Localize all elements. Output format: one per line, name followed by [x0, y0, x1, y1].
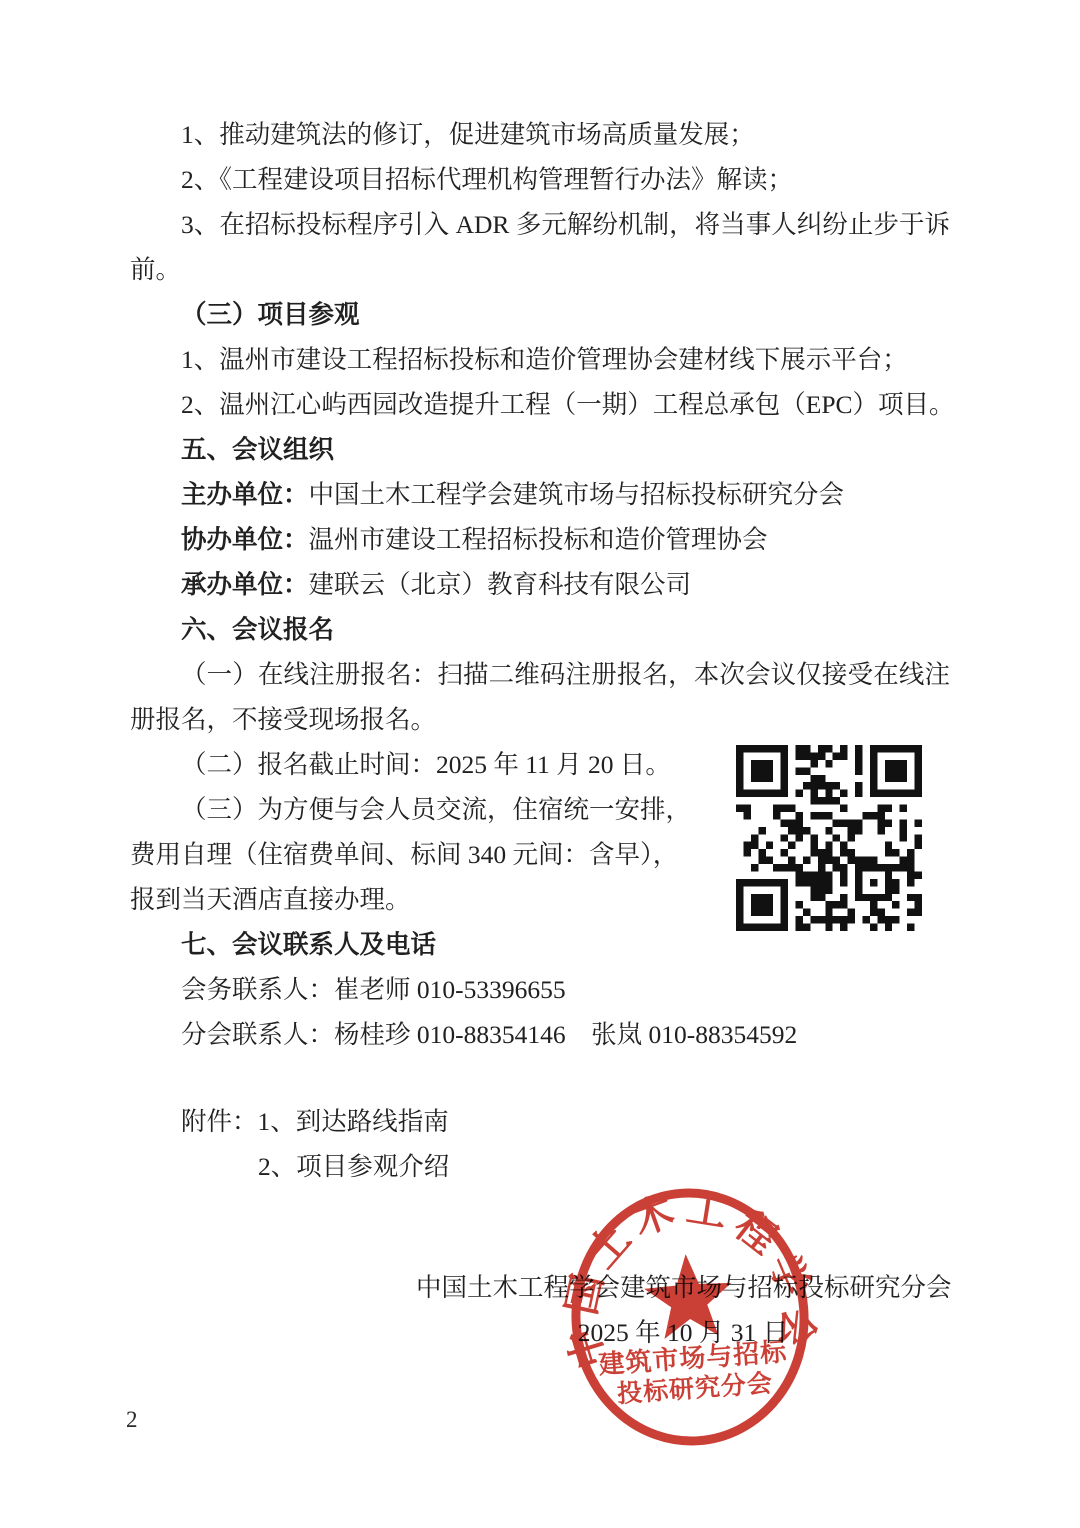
org-cohost-label: 协办单位：	[181, 525, 309, 554]
registration-qr-code	[735, 745, 923, 931]
org-organizer-label: 承办单位：	[181, 570, 309, 599]
attachments-row: 附件：1、到达路线指南	[130, 1099, 950, 1144]
seal-bottom-line2: 投标研究分会	[616, 1368, 774, 1408]
section-heading-organization: 五、会议组织	[130, 427, 950, 472]
agenda-item-3-line1: 3、在招标投标程序引入 ADR 多元解纷机制，将当事人纠纷止步于诉	[130, 202, 950, 247]
attachments-label: 附件：	[181, 1107, 258, 1136]
section-heading-registration: 六、会议报名	[130, 607, 950, 652]
attachment-item-2: 2、项目参观介绍	[130, 1144, 950, 1189]
signature-org: 中国土木工程学会建筑市场与招标投标研究分会	[416, 1265, 950, 1310]
agenda-item-3-line2: 前。	[130, 247, 950, 292]
contact-line-1: 会务联系人：崔老师 010-53396655	[130, 967, 950, 1012]
contact-line-2: 分会联系人：杨桂珍 010-88354146 张岚 010-88354592	[130, 1012, 950, 1057]
qr-code-image	[735, 745, 923, 931]
org-cohost-value: 温州市建设工程招标投标和造价管理协会	[309, 525, 768, 554]
org-host-label: 主办单位：	[181, 480, 309, 509]
signature-block: 中国土木工程学会建筑市场与招标投标研究分会 2025 年 10 月 31 日	[416, 1265, 950, 1355]
org-host-value: 中国土木工程学会建筑市场与招标投标研究分会	[309, 480, 845, 509]
registration-online-line1: （一）在线注册报名：扫描二维码注册报名，本次会议仅接受在线注	[130, 652, 950, 697]
page-number: 2	[126, 1407, 138, 1433]
org-host-row: 主办单位：中国土木工程学会建筑市场与招标投标研究分会	[130, 472, 950, 517]
attachment-item-1: 1、到达路线指南	[258, 1107, 449, 1136]
agenda-item-2: 2、《工程建设项目招标代理机构管理暂行办法》解读；	[130, 157, 950, 202]
site-visit-item-1: 1、温州市建设工程招标投标和造价管理协会建材线下展示平台；	[130, 337, 950, 382]
signature-date: 2025 年 10 月 31 日	[416, 1310, 950, 1355]
org-cohost-row: 协办单位：温州市建设工程招标投标和造价管理协会	[130, 517, 950, 562]
document-page: 1、推动建筑法的修订，促进建筑市场高质量发展； 2、《工程建设项目招标代理机构管…	[0, 0, 1080, 1528]
document-body: 1、推动建筑法的修订，促进建筑市场高质量发展； 2、《工程建设项目招标代理机构管…	[130, 0, 950, 1355]
agenda-item-1: 1、推动建筑法的修订，促进建筑市场高质量发展；	[130, 112, 950, 157]
org-organizer-value: 建联云（北京）教育科技有限公司	[309, 570, 692, 599]
site-visit-item-2: 2、温州江心屿西园改造提升工程（一期）工程总承包（EPC）项目。	[130, 382, 950, 427]
org-organizer-row: 承办单位：建联云（北京）教育科技有限公司	[130, 562, 950, 607]
section-heading-site-visit: （三）项目参观	[130, 292, 950, 337]
registration-online-line2: 册报名，不接受现场报名。	[130, 697, 950, 742]
